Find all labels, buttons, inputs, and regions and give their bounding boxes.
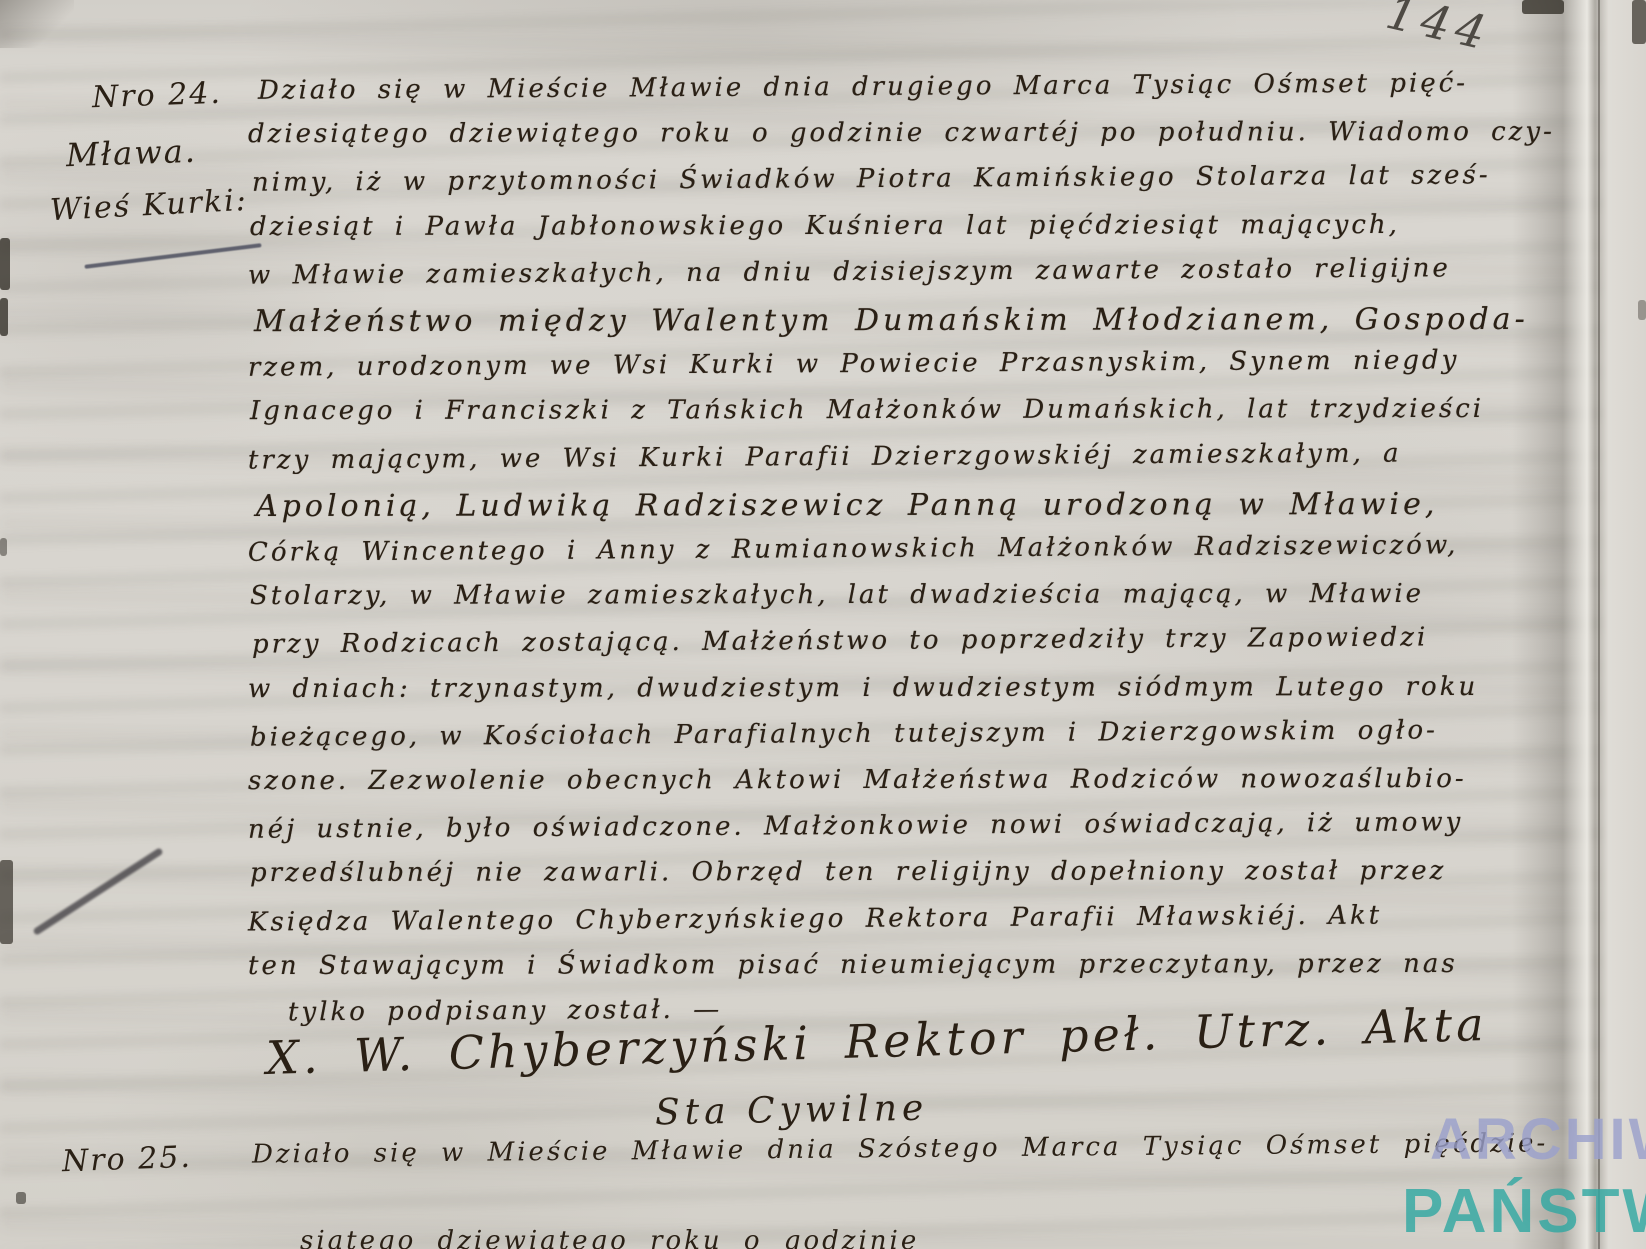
edge-ink-speck (0, 238, 10, 290)
margin-note-record-number-25: Nro 25. (61, 1140, 192, 1180)
margin-note-town: Mława. (65, 132, 197, 175)
watermark-archiwum: ARCHIW (1430, 1106, 1646, 1173)
pen-stroke (84, 243, 261, 269)
record25-clipped-line: siątego dziewiątego roku o godzinie (300, 1226, 919, 1249)
manuscript-line: trzy mającym, we Wsi Kurki Parafii Dzier… (248, 438, 1402, 475)
edge-ink-speck (0, 538, 7, 556)
manuscript-line: ten Stawającym i Świadkom pisać nieumiej… (248, 949, 1458, 981)
manuscript-line: Ignacego i Franciszki z Tańskich Małżonk… (250, 394, 1484, 426)
manuscript-line: Księdza Walentego Chyberzyńskiego Rektor… (248, 900, 1382, 937)
edge-ink-speck (1638, 300, 1646, 320)
ink-smudge-stroke (32, 847, 163, 936)
manuscript-line: przedślubnéj nie zawarli. Obrzęd ten rel… (250, 856, 1446, 888)
manuscript-line: néj ustnie, było oświadczone. Małżonkowi… (248, 807, 1463, 844)
page-number: 144 (1381, 0, 1496, 61)
manuscript-line: w Mławie zamieszkałych, na dniu dzisiejs… (248, 253, 1451, 290)
margin-note-village: Wieś Kurki: (49, 183, 248, 228)
manuscript-line: Małżeństwo między Walentym Dumańskim Mło… (254, 302, 1529, 339)
manuscript-line: Apolonią, Ludwiką Radziszewicz Panną uro… (256, 487, 1438, 524)
manuscript-line: przy Rodzicach zostającą. Małżeństwo to … (252, 623, 1428, 660)
edge-ink-speck (16, 1192, 26, 1204)
manuscript-line: nimy, iż w przytomności Świadków Piotra … (252, 161, 1491, 199)
record25-first-line: Działo się w Mieście Mławie dnia Szósteg… (252, 1128, 1548, 1169)
watermark-panstwowe: PAŃSTW (1402, 1176, 1646, 1247)
manuscript-line: bieżącego, w Kościołach Parafialnych tut… (250, 715, 1438, 752)
margin-note-record-number: Nro 24. (91, 76, 222, 116)
manuscript-lines: Działo się w Mieście Mławie dnia drugieg… (248, 72, 1538, 1052)
edge-ink-speck (0, 298, 8, 336)
manuscript-line: dziesiąt i Pawła Jabłonowskiego Kuśniera… (250, 210, 1400, 242)
torn-corner-shadow (0, 0, 74, 48)
scanned-register-page: 144 Nro 24. Mława. Wieś Kurki: Działo si… (0, 0, 1646, 1249)
signature-line-2: Sta Cywilne (655, 1088, 929, 1134)
manuscript-line: Działo się w Mieście Mławie dnia drugieg… (258, 68, 1468, 105)
manuscript-line: w dniach: trzynastym, dwudziestym i dwud… (248, 672, 1478, 704)
manuscript-line: rzem, urodzonym we Wsi Kurki w Powiecie … (248, 345, 1460, 382)
edge-ink-speck (1522, 0, 1564, 14)
manuscript-line: Córką Wincentego i Anny z Rumianowskich … (248, 530, 1459, 567)
edge-ink-speck (0, 860, 13, 944)
manuscript-line: dziesiątego dziewiątego roku o godzinie … (248, 117, 1555, 149)
edge-ink-speck (1632, 0, 1646, 44)
manuscript-line: szone. Zezwolenie obecnych Aktowi Małżeń… (248, 764, 1467, 796)
manuscript-line: Stolarzy, w Mławie zamieszkałych, lat dw… (250, 579, 1424, 611)
